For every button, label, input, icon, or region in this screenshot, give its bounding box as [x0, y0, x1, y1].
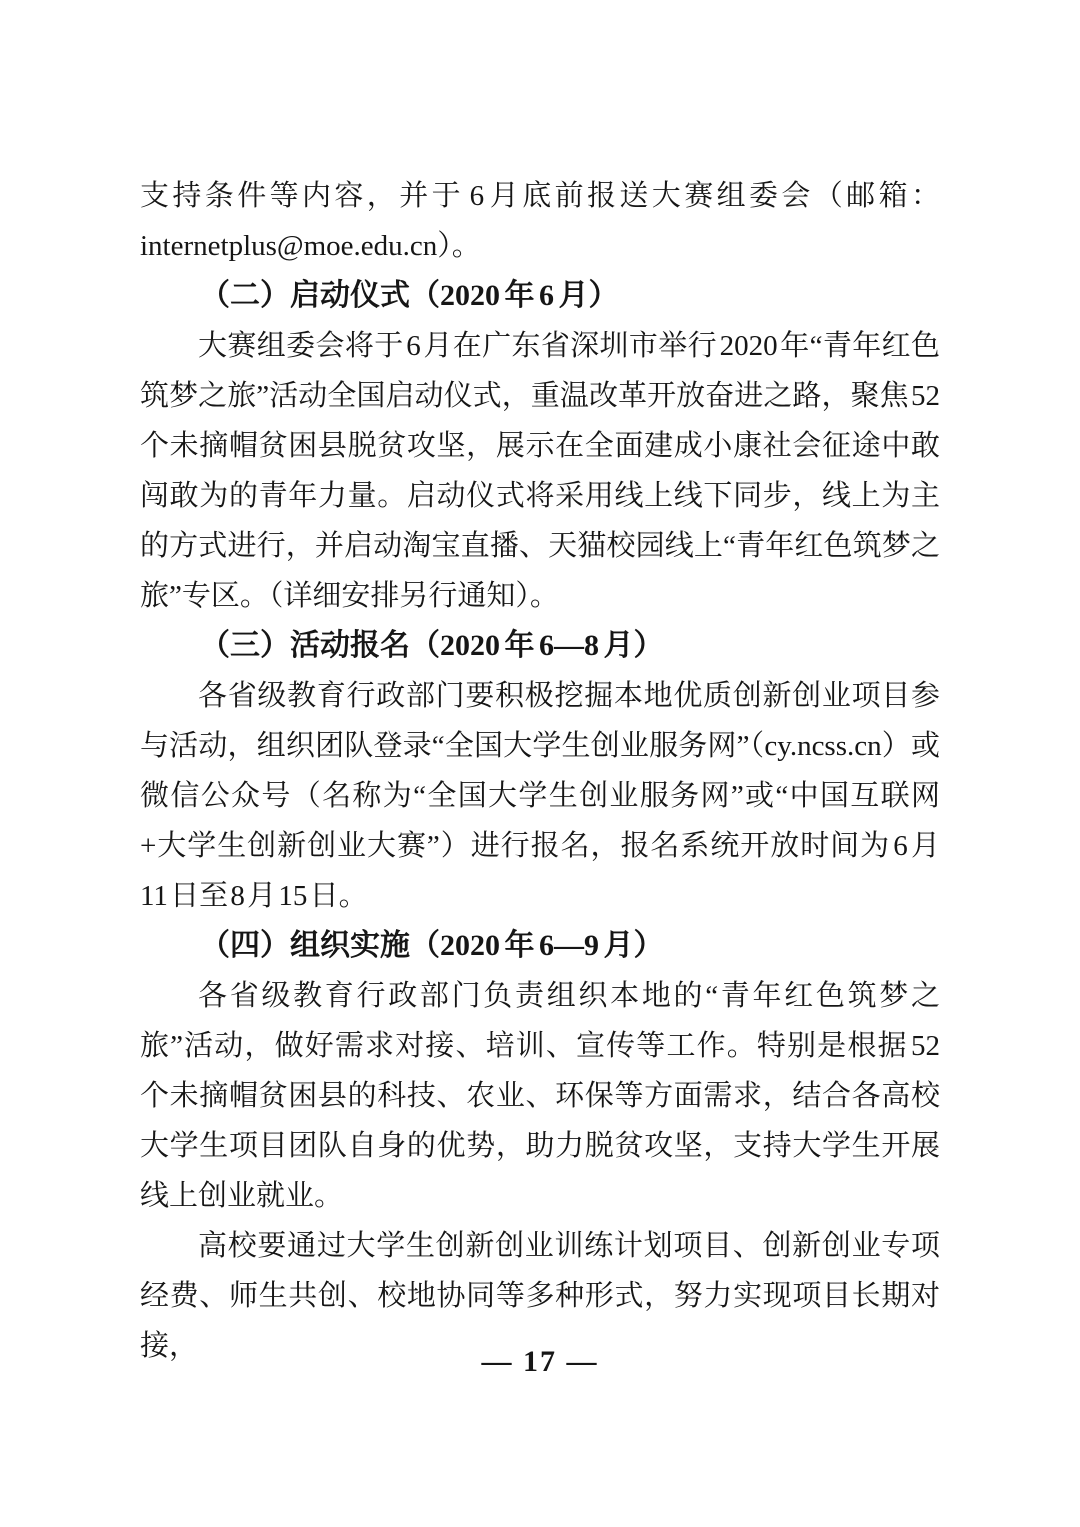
section-heading-implementation: （四）组织实施（2020 年 6—9 月） [140, 921, 940, 971]
paragraph-continuation: 支持条件等内容，并于 6 月底前报送大赛组委会（邮箱：internetplus@… [140, 171, 940, 271]
paragraph-implementation: 各省级教育行政部门负责组织本地的“青年红色筑梦之旅”活动，做好需求对接、培训、宣… [140, 971, 940, 1221]
section-heading-registration: （三）活动报名（2020 年 6—8 月） [140, 621, 940, 671]
document-page: 支持条件等内容，并于 6 月底前报送大赛组委会（邮箱：internetplus@… [0, 0, 1080, 1527]
section-heading-launch-ceremony: （二）启动仪式（2020 年 6 月） [140, 271, 940, 321]
page-number: — 17 — [0, 1337, 1080, 1387]
document-body: 支持条件等内容，并于 6 月底前报送大赛组委会（邮箱：internetplus@… [140, 171, 940, 1371]
paragraph-registration: 各省级教育行政部门要积极挖掘本地优质创新创业项目参与活动，组织团队登录“全国大学… [140, 671, 940, 921]
paragraph-launch-ceremony: 大赛组委会将于 6 月在广东省深圳市举行 2020 年“青年红色筑梦之旅”活动全… [140, 321, 940, 621]
